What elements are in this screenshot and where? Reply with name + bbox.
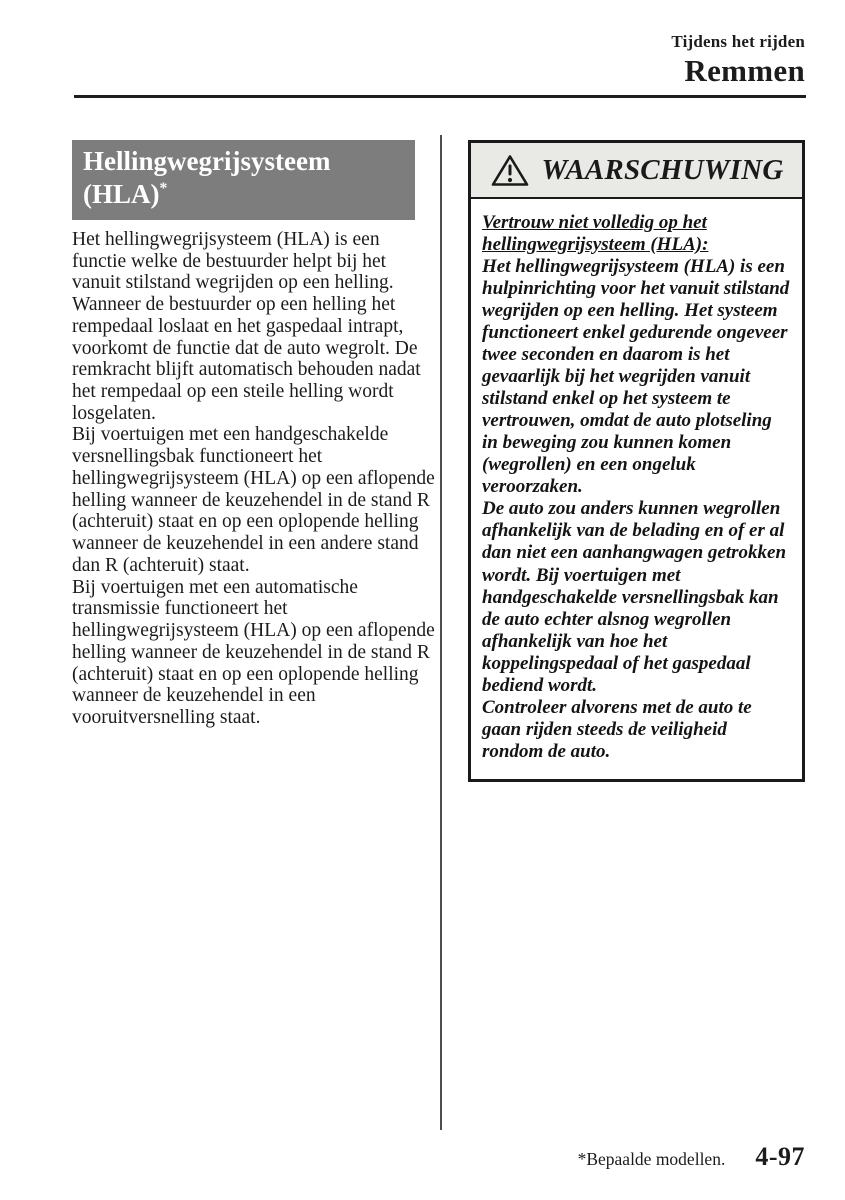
section-body: Het hellingwegrijsysteem (HLA) is een fu… [72, 229, 435, 729]
body-paragraph: Bij voertuigen met een handgeschakelde v… [72, 424, 435, 576]
section-heading-asterisk: * [160, 180, 168, 197]
left-column: Hellingwegrijsysteem (HLA)* Het hellingw… [72, 140, 435, 729]
manual-page: Tijdens het rijden Remmen Hellingwegrijs… [0, 0, 845, 1200]
body-paragraph: Het hellingwegrijsysteem (HLA) is een fu… [72, 229, 435, 425]
column-divider [440, 135, 442, 1130]
body-paragraph: Bij voertuigen met een automatische tran… [72, 577, 435, 729]
section-heading-text: Hellingwegrijsysteem (HLA) [83, 146, 330, 209]
warning-header: WAARSCHUWING [471, 143, 802, 199]
footnote: *Bepaalde modellen. [578, 1149, 726, 1170]
header-chapter-title: Remmen [671, 53, 805, 89]
header-rule [74, 95, 806, 98]
page-number: 4-97 [755, 1142, 805, 1172]
warning-heading-underlined: Vertrouw niet volledig op het hellingweg… [482, 212, 792, 256]
warning-body: Vertrouw niet volledig op het hellingweg… [471, 199, 802, 779]
warning-paragraph: De auto zou anders kunnen wegrollen afha… [482, 498, 792, 696]
warning-paragraph: Het hellingwegrijsysteem (HLA) is een hu… [482, 256, 792, 498]
warning-triangle-icon [490, 153, 530, 188]
warning-paragraph: Controleer alvorens met de auto te gaan … [482, 697, 792, 763]
header-section-label: Tijdens het rijden [671, 32, 805, 52]
page-header: Tijdens het rijden Remmen [671, 32, 805, 89]
section-heading: Hellingwegrijsysteem (HLA)* [72, 140, 415, 220]
page-footer: *Bepaalde modellen. 4-97 [578, 1142, 805, 1172]
warning-label: WAARSCHUWING [542, 154, 784, 187]
warning-box: WAARSCHUWING Vertrouw niet volledig op h… [468, 140, 805, 782]
